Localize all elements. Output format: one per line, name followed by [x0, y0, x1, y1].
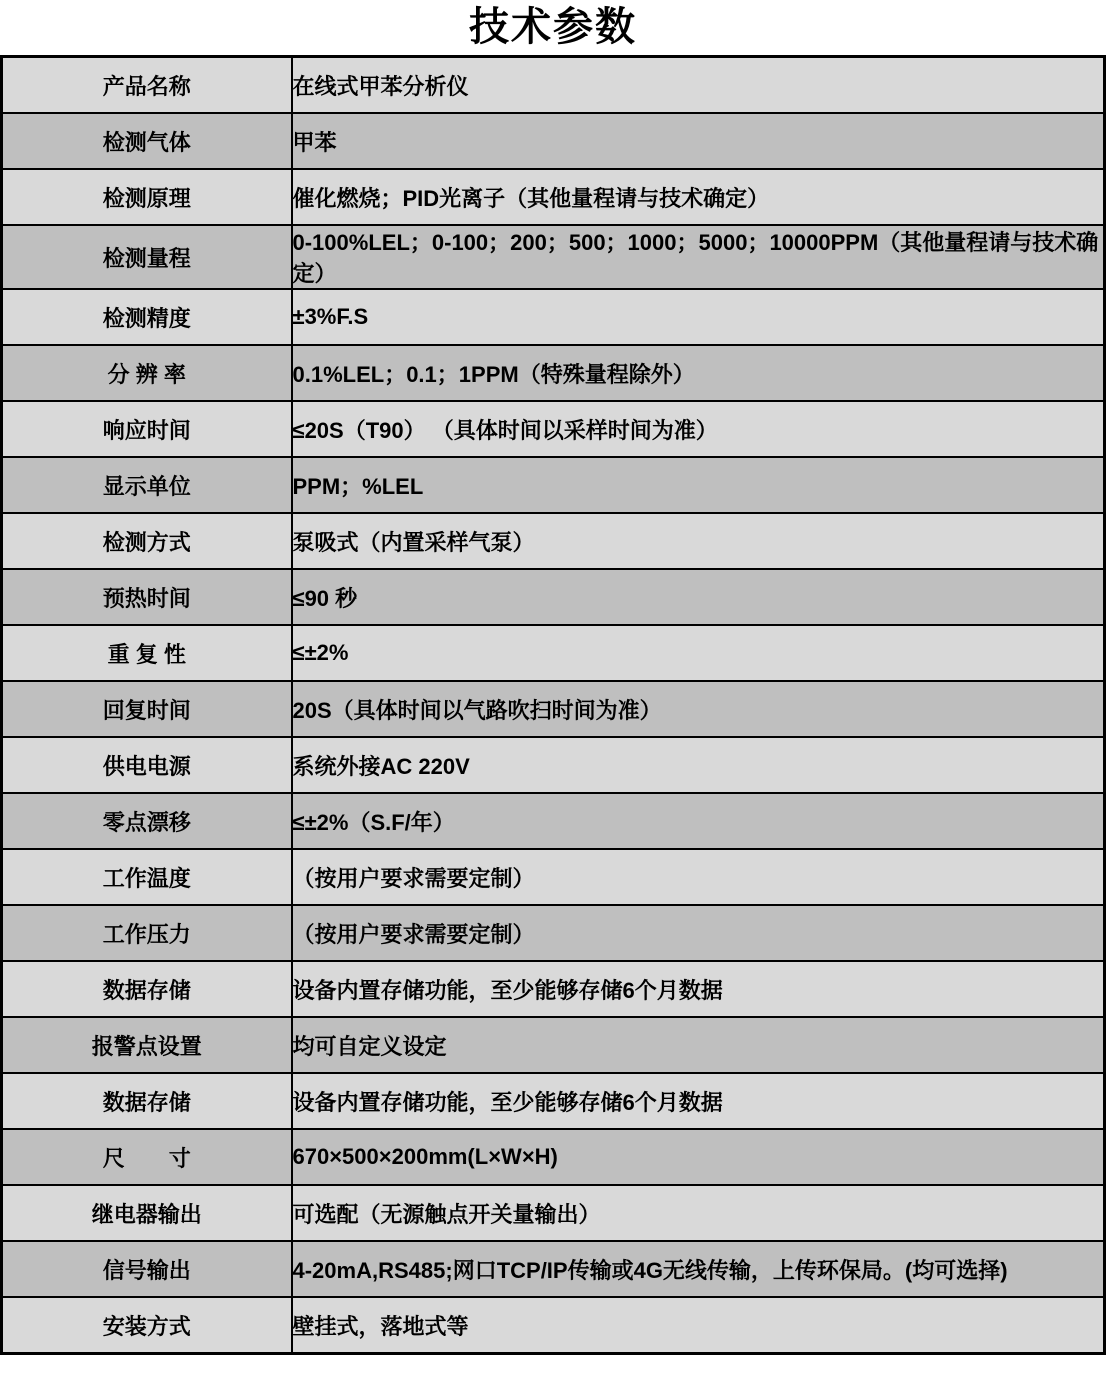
- param-label-cell: 重 复 性: [2, 625, 292, 681]
- param-value-cell: 20S（具体时间以气路吹扫时间为准）: [292, 681, 1105, 737]
- param-label-cell: 报警点设置: [2, 1017, 292, 1073]
- param-label-cell: 分 辨 率: [2, 345, 292, 401]
- param-value-cell: ≤±2%（S.F/年）: [292, 793, 1105, 849]
- table-row: 响应时间≤20S（T90） （具体时间以采样时间为准）: [2, 401, 1105, 457]
- param-value-cell: ≤±2%: [292, 625, 1105, 681]
- spec-table: 产品名称在线式甲苯分析仪检测气体甲苯检测原理催化燃烧；PID光离子（其他量程请与…: [0, 55, 1106, 1355]
- table-row: 继电器输出可选配（无源触点开关量输出）: [2, 1185, 1105, 1241]
- param-value-cell: 在线式甲苯分析仪: [292, 57, 1105, 114]
- param-label-cell: 回复时间: [2, 681, 292, 737]
- table-row: 工作压力（按用户要求需要定制）: [2, 905, 1105, 961]
- param-value-cell: 壁挂式，落地式等: [292, 1297, 1105, 1354]
- param-value-cell: ≤20S（T90） （具体时间以采样时间为准）: [292, 401, 1105, 457]
- param-label-cell: 工作压力: [2, 905, 292, 961]
- param-value-cell: 4-20mA,RS485;网口TCP/IP传输或4G无线传输，上传环保局。(均可…: [292, 1241, 1105, 1297]
- param-label-cell: 工作温度: [2, 849, 292, 905]
- param-label-cell: 信号输出: [2, 1241, 292, 1297]
- table-row: 检测精度±3%F.S: [2, 289, 1105, 345]
- page-title: 技术参数: [0, 0, 1106, 55]
- param-label-cell: 尺 寸: [2, 1129, 292, 1185]
- table-row: 回复时间20S（具体时间以气路吹扫时间为准）: [2, 681, 1105, 737]
- param-label-cell: 供电电源: [2, 737, 292, 793]
- table-row: 数据存储设备内置存储功能，至少能够存储6个月数据: [2, 1073, 1105, 1129]
- table-row: 报警点设置均可自定义设定: [2, 1017, 1105, 1073]
- param-label-cell: 检测方式: [2, 513, 292, 569]
- param-value-cell: 设备内置存储功能，至少能够存储6个月数据: [292, 961, 1105, 1017]
- param-value-cell: 0-100%LEL；0-100；200；500；1000；5000；10000P…: [292, 225, 1105, 289]
- param-label-cell: 数据存储: [2, 1073, 292, 1129]
- table-row: 预热时间≤90 秒: [2, 569, 1105, 625]
- param-value-cell: PPM；%LEL: [292, 457, 1105, 513]
- spec-table-body: 产品名称在线式甲苯分析仪检测气体甲苯检测原理催化燃烧；PID光离子（其他量程请与…: [2, 57, 1105, 1354]
- param-value-cell: ≤90 秒: [292, 569, 1105, 625]
- table-row: 供电电源系统外接AC 220V: [2, 737, 1105, 793]
- param-label-cell: 产品名称: [2, 57, 292, 114]
- param-label-cell: 继电器输出: [2, 1185, 292, 1241]
- param-label-cell: 数据存储: [2, 961, 292, 1017]
- param-value-cell: 泵吸式（内置采样气泵）: [292, 513, 1105, 569]
- param-value-cell: 甲苯: [292, 113, 1105, 169]
- param-label-cell: 检测气体: [2, 113, 292, 169]
- table-row: 重 复 性≤±2%: [2, 625, 1105, 681]
- table-row: 数据存储设备内置存储功能，至少能够存储6个月数据: [2, 961, 1105, 1017]
- param-label-cell: 零点漂移: [2, 793, 292, 849]
- table-row: 工作温度（按用户要求需要定制）: [2, 849, 1105, 905]
- param-label-cell: 响应时间: [2, 401, 292, 457]
- param-label-cell: 检测量程: [2, 225, 292, 289]
- param-value-cell: （按用户要求需要定制）: [292, 905, 1105, 961]
- param-value-cell: 0.1%LEL；0.1；1PPM（特殊量程除外）: [292, 345, 1105, 401]
- param-value-cell: 设备内置存储功能，至少能够存储6个月数据: [292, 1073, 1105, 1129]
- table-row: 安装方式壁挂式，落地式等: [2, 1297, 1105, 1354]
- param-value-cell: 系统外接AC 220V: [292, 737, 1105, 793]
- table-row: 信号输出4-20mA,RS485;网口TCP/IP传输或4G无线传输，上传环保局…: [2, 1241, 1105, 1297]
- table-row: 显示单位PPM；%LEL: [2, 457, 1105, 513]
- param-label-cell: 显示单位: [2, 457, 292, 513]
- param-value-cell: （按用户要求需要定制）: [292, 849, 1105, 905]
- param-label-cell: 安装方式: [2, 1297, 292, 1354]
- table-row: 产品名称在线式甲苯分析仪: [2, 57, 1105, 114]
- table-row: 分 辨 率0.1%LEL；0.1；1PPM（特殊量程除外）: [2, 345, 1105, 401]
- table-row: 检测量程0-100%LEL；0-100；200；500；1000；5000；10…: [2, 225, 1105, 289]
- param-label-cell: 预热时间: [2, 569, 292, 625]
- param-value-cell: 670×500×200mm(L×W×H): [292, 1129, 1105, 1185]
- param-value-cell: 催化燃烧；PID光离子（其他量程请与技术确定）: [292, 169, 1105, 225]
- param-value-cell: ±3%F.S: [292, 289, 1105, 345]
- table-row: 检测气体甲苯: [2, 113, 1105, 169]
- param-label-cell: 检测精度: [2, 289, 292, 345]
- param-label-cell: 检测原理: [2, 169, 292, 225]
- table-row: 零点漂移≤±2%（S.F/年）: [2, 793, 1105, 849]
- param-value-cell: 均可自定义设定: [292, 1017, 1105, 1073]
- table-row: 检测原理催化燃烧；PID光离子（其他量程请与技术确定）: [2, 169, 1105, 225]
- param-value-cell: 可选配（无源触点开关量输出）: [292, 1185, 1105, 1241]
- table-row: 尺 寸670×500×200mm(L×W×H): [2, 1129, 1105, 1185]
- table-row: 检测方式泵吸式（内置采样气泵）: [2, 513, 1105, 569]
